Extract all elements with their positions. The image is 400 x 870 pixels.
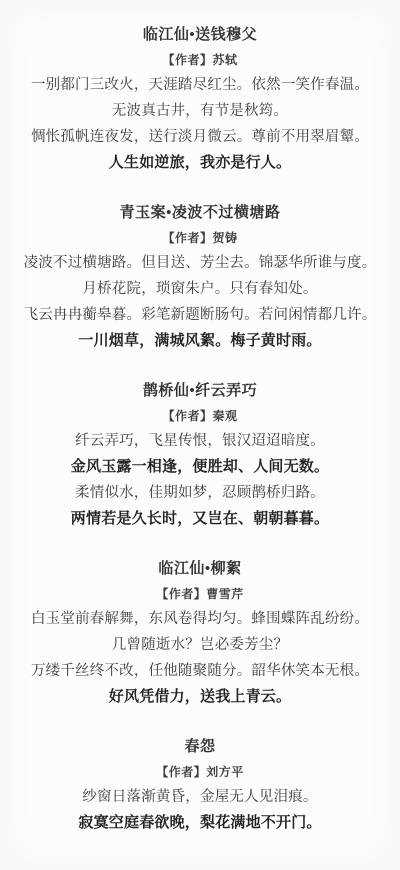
poetry-page: 临江仙•送钱穆父 【作者】苏轼 一别都门三改火，天涯踏尽红尘。依然一笑作春温。 … [0, 0, 400, 870]
poem-line: 万缕千丝终不改，任他随聚随分。韶华休笑本无根。 [0, 658, 400, 684]
poem-title: 青玉案•凌波不过横塘路 [0, 200, 400, 226]
poem-title: 临江仙•柳絮 [0, 556, 400, 582]
poem-author: 【作者】刘方平 [0, 760, 400, 784]
poem-block: 临江仙•送钱穆父 【作者】苏轼 一别都门三改火，天涯踏尽红尘。依然一笑作春温。 … [0, 22, 400, 176]
poem-author: 【作者】曹雪芹 [0, 582, 400, 606]
poem-line: 金风玉露一相逢，便胜却、人间无数。 [0, 454, 400, 480]
poem-line: 纱窗日落渐黄昏，金屋无人见泪痕。 [0, 784, 400, 810]
poem-line: 柔情似水，佳期如梦，忍顾鹊桥归路。 [0, 480, 400, 506]
poem-line: 好风凭借力，送我上青云。 [0, 684, 400, 710]
poem-line: 月桥花院，琐窗朱户。只有春知处。 [0, 276, 400, 302]
poem-line: 纤云弄巧，飞星传恨，银汉迢迢暗度。 [0, 428, 400, 454]
poem-title: 春怨 [0, 734, 400, 760]
poem-line: 飞云冉冉蘅皋暮。彩笔新题断肠句。若问闲情都几许。 [0, 302, 400, 328]
poem-author: 【作者】苏轼 [0, 48, 400, 72]
poem-block: 春怨 【作者】刘方平 纱窗日落渐黄昏，金屋无人见泪痕。 寂寞空庭春欲晚，梨花满地… [0, 734, 400, 836]
poem-line: 白玉堂前春解舞，东风卷得均匀。蜂围蝶阵乱纷纷。 [0, 606, 400, 632]
poem-line: 寂寞空庭春欲晚，梨花满地不开门。 [0, 810, 400, 836]
poem-line: 一别都门三改火，天涯踏尽红尘。依然一笑作春温。 [0, 72, 400, 98]
poem-block: 临江仙•柳絮 【作者】曹雪芹 白玉堂前春解舞，东风卷得均匀。蜂围蝶阵乱纷纷。 几… [0, 556, 400, 710]
poem-title: 临江仙•送钱穆父 [0, 22, 400, 48]
poem-block: 青玉案•凌波不过横塘路 【作者】贺铸 凌波不过横塘路。但目送、芳尘去。锦瑟华所谁… [0, 200, 400, 354]
poem-line: 惆怅孤帆连夜发，送行淡月微云。尊前不用翠眉颦。 [0, 124, 400, 150]
poem-title: 鹊桥仙•纤云弄巧 [0, 378, 400, 404]
poem-block: 鹊桥仙•纤云弄巧 【作者】秦观 纤云弄巧，飞星传恨，银汉迢迢暗度。 金风玉露一相… [0, 378, 400, 532]
poem-line: 凌波不过横塘路。但目送、芳尘去。锦瑟华所谁与度。 [0, 250, 400, 276]
poem-line: 几曾随逝水？岂必委芳尘？ [0, 632, 400, 658]
poem-author: 【作者】贺铸 [0, 226, 400, 250]
poem-line: 人生如逆旅，我亦是行人。 [0, 150, 400, 176]
poem-line: 两情若是久长时，又岂在、朝朝暮暮。 [0, 506, 400, 532]
poem-line: 无波真古井，有节是秋筠。 [0, 98, 400, 124]
poem-author: 【作者】秦观 [0, 404, 400, 428]
poem-line: 一川烟草，满城风絮。梅子黄时雨。 [0, 328, 400, 354]
